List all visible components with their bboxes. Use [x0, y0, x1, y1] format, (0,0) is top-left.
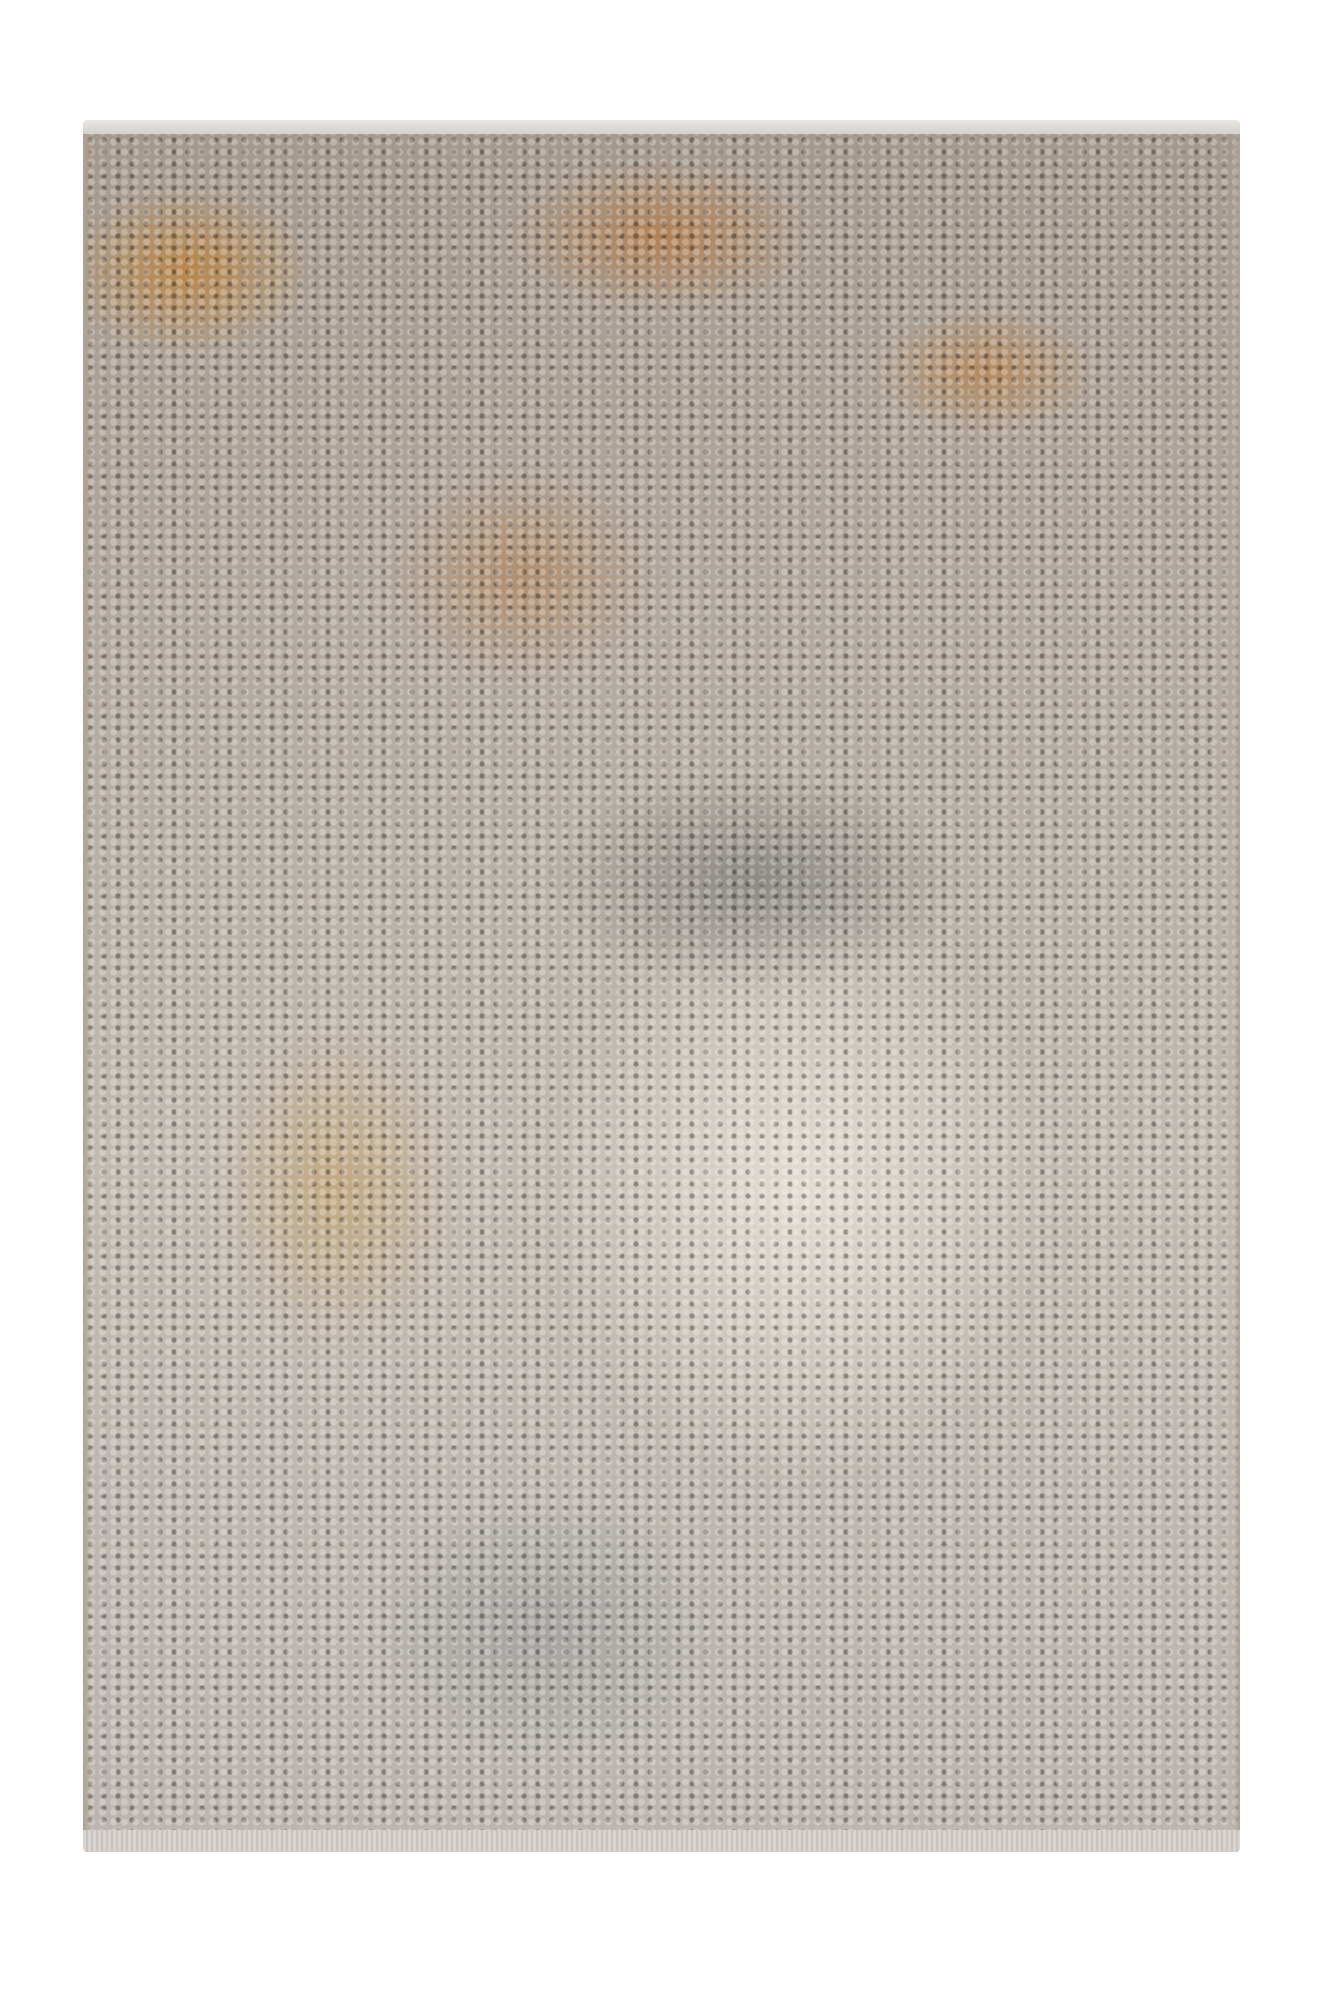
rug-right-edge — [1232, 134, 1240, 1832]
rug-left-edge — [83, 134, 91, 1832]
rug — [83, 128, 1240, 1840]
rug-highlight-texture — [83, 134, 1240, 1832]
rug-pattern-field — [83, 134, 1240, 1832]
rug-bottom-fringe — [83, 1830, 1240, 1852]
